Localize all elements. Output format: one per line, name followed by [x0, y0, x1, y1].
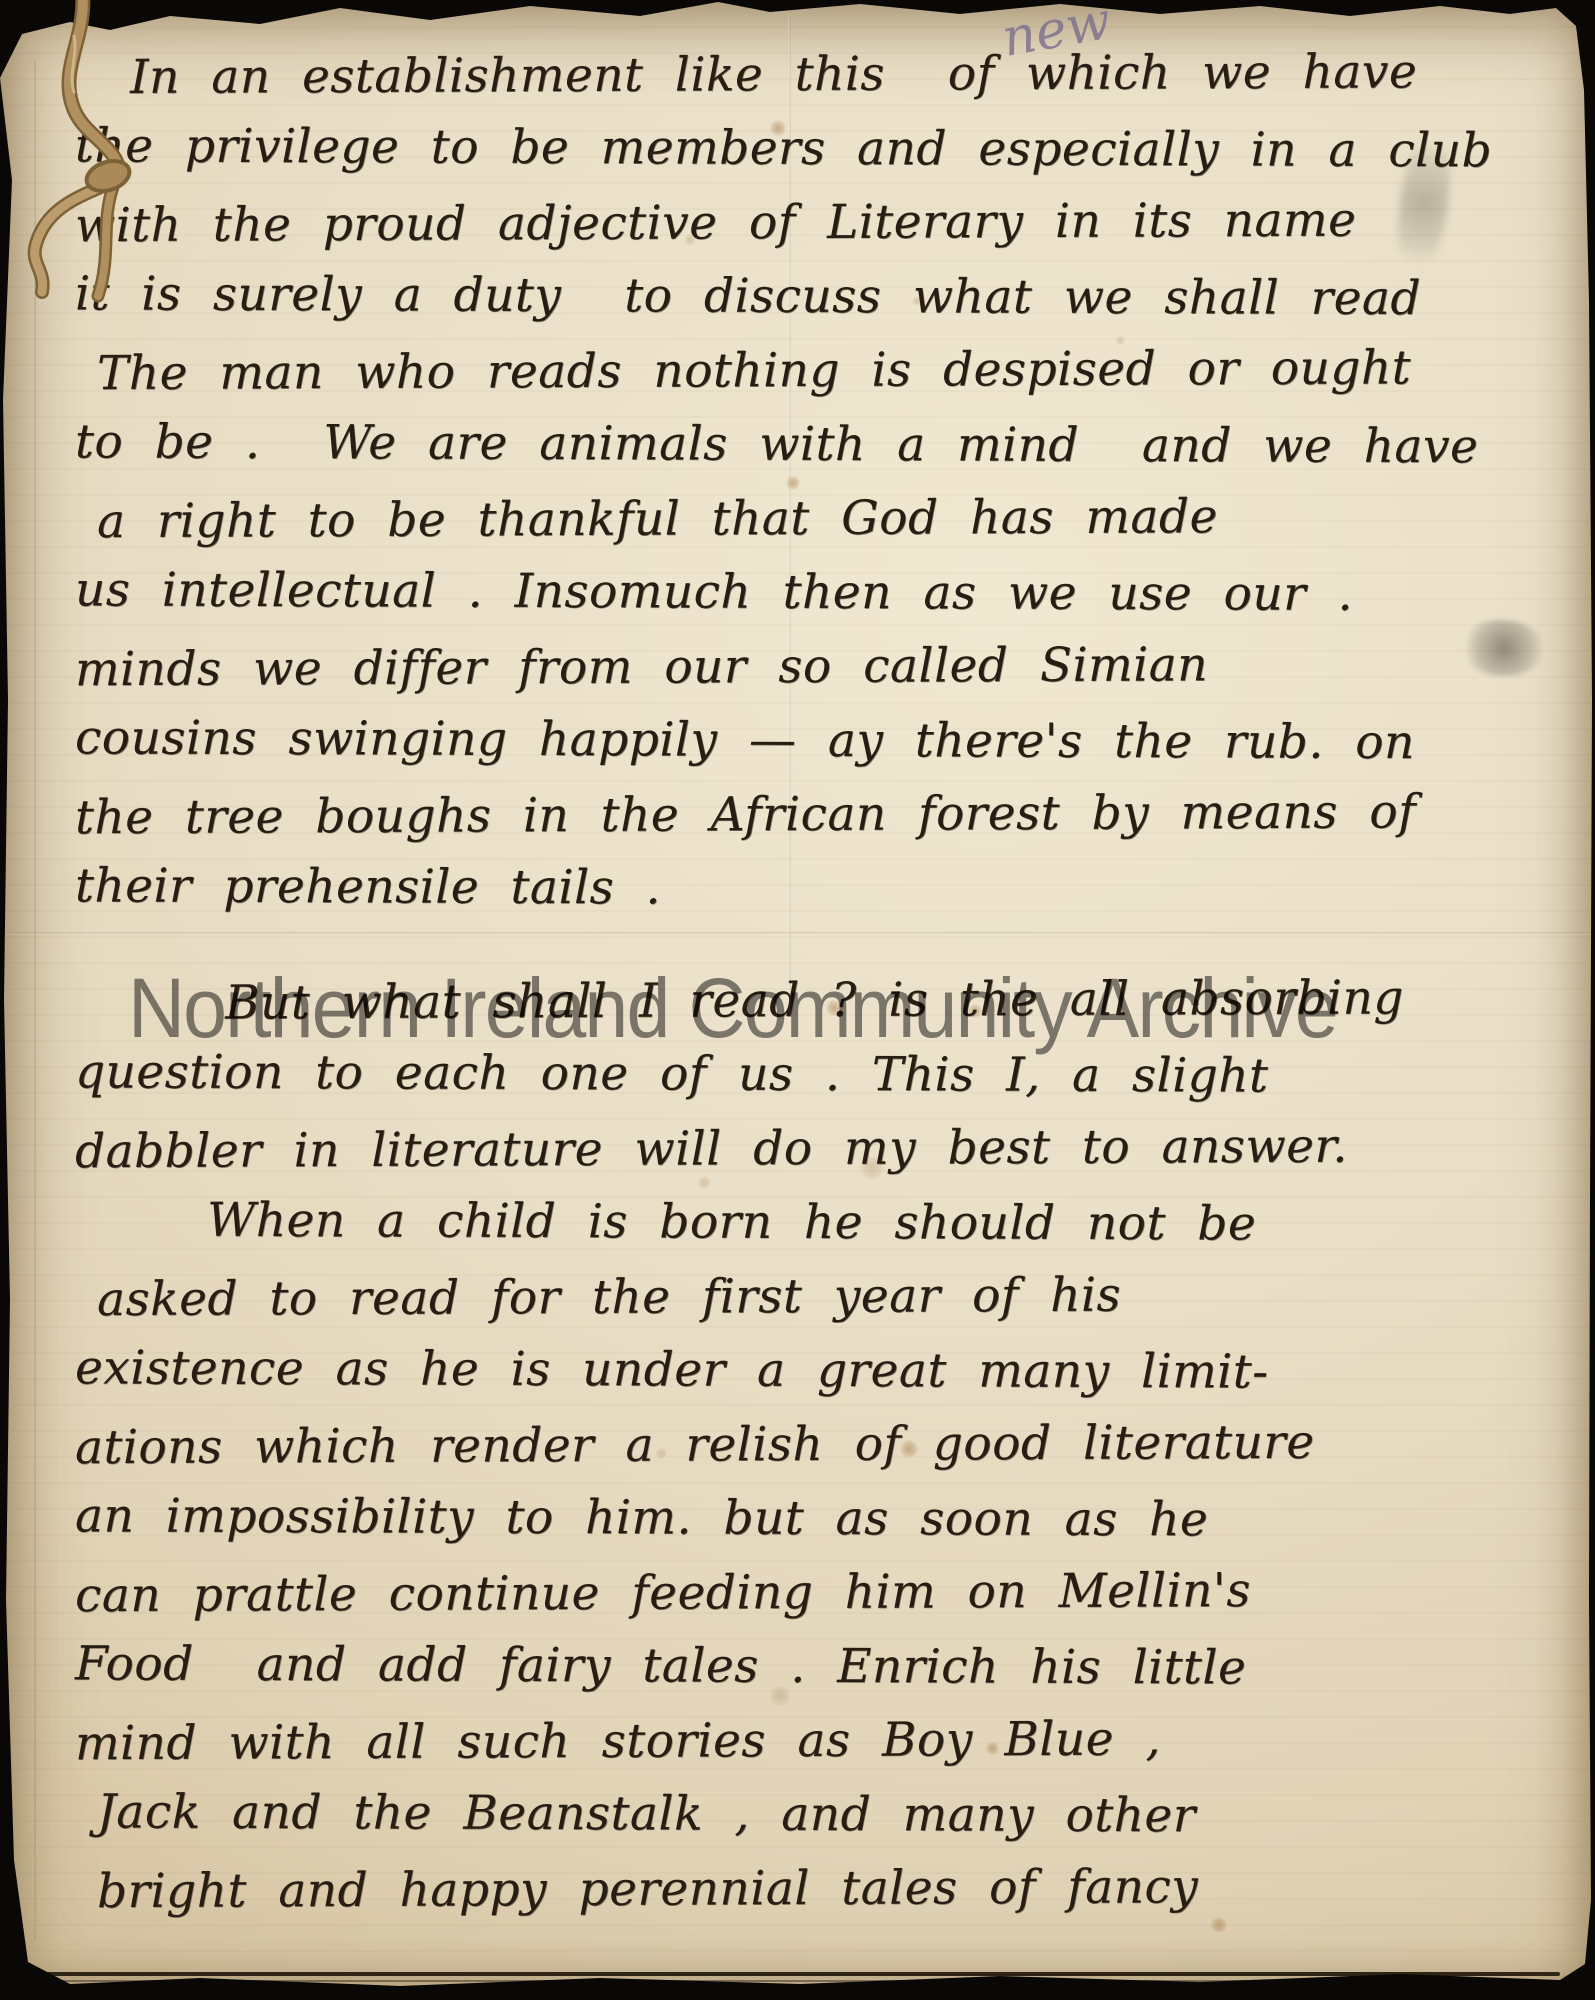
manuscript-line: minds we differ from our so called Simia…	[75, 627, 1565, 708]
manuscript-line: the tree boughs in the African forest by…	[75, 775, 1565, 856]
binding-string	[4, 0, 184, 346]
manuscript-line: with the proud adjective of Literary in …	[75, 183, 1565, 264]
manuscript-line: Food and add fairy tales . Enrich his li…	[75, 1627, 1565, 1706]
manuscript-line: their prehensile tails .	[75, 849, 1565, 928]
manuscript-line: mind with all such stories as Boy Blue ,	[75, 1701, 1565, 1782]
manuscript-line: ations which render a relish of good lit…	[75, 1405, 1565, 1486]
manuscript-line: In an establishment like this of which w…	[75, 35, 1565, 116]
manuscript-line: can prattle continue feeding him on Mell…	[75, 1553, 1565, 1634]
page-bottom-edge	[30, 1972, 1560, 1976]
manuscript-line: bright and happy perennial tales of fanc…	[75, 1849, 1565, 1930]
manuscript-line: the privilege to be members and especial…	[75, 109, 1565, 188]
manuscript-page: new In an establishment like this of whi…	[0, 0, 1595, 2000]
manuscript-line: existence as he is under a great many li…	[75, 1331, 1565, 1410]
manuscript-line: asked to read for the first year of his	[75, 1257, 1565, 1338]
page-bottom-edge-shadow	[40, 1980, 1555, 1982]
manuscript-line: cousins swinging happily — ay there's th…	[75, 701, 1565, 780]
manuscript-line: it is surely a duty to discuss what we s…	[75, 257, 1565, 336]
archive-watermark: Northern Ireland Community Archive	[128, 966, 1337, 1050]
manuscript-line: to be . We are animals with a mind and w…	[75, 405, 1565, 484]
manuscript-line: When a child is born he should not be	[75, 1183, 1565, 1262]
scan-background: { "document": { "pencil_annotation": "ne…	[0, 0, 1595, 2000]
manuscript-line: Jack and the Beanstalk , and many other	[75, 1775, 1565, 1854]
manuscript-line: a right to be thankful that God has made	[75, 479, 1565, 560]
manuscript-line: The man who reads nothing is despised or…	[75, 331, 1565, 412]
manuscript-line: us intellectual . Insomuch then as we us…	[75, 553, 1565, 632]
manuscript-line: an impossibility to him. but as soon as …	[75, 1479, 1565, 1558]
manuscript-line: dabbler in literature will do my best to…	[75, 1109, 1565, 1190]
